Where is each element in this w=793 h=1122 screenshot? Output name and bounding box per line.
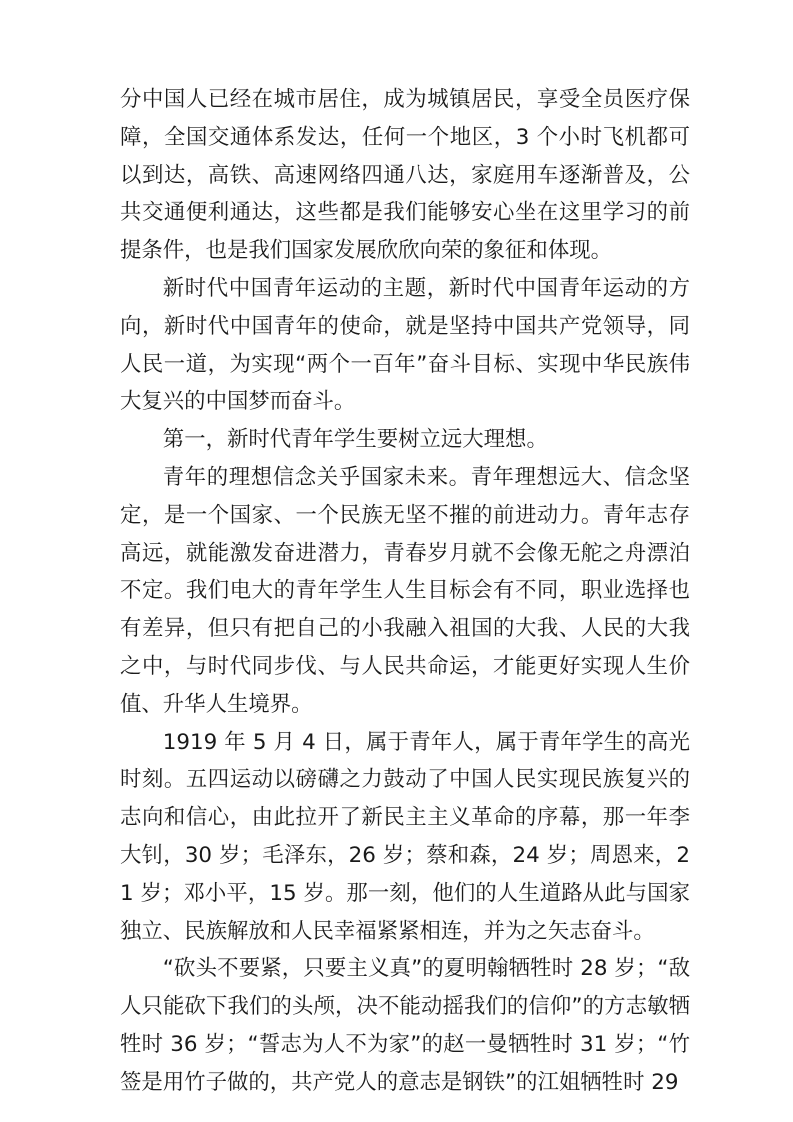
paragraph-urbanization: 分中国人已经在城市居住，成为城镇居民，享受全员医疗保障，全国交通体系发达，任何一… xyxy=(120,81,690,270)
paragraph-youth-movement-theme: 新时代中国青年运动的主题，新时代中国青年运动的方向，新时代中国青年的使命，就是坚… xyxy=(120,270,690,421)
paragraph-ideals-and-beliefs: 青年的理想信念关乎国家未来。青年理想远大、信念坚定，是一个国家、一个民族无坚不摧… xyxy=(120,459,690,724)
paragraph-martyrs: “砍头不要紧，只要主义真”的夏明翰牺牲时 28 岁；“敌人只能砍下我们的头颅，决… xyxy=(120,950,690,1101)
document-page: 分中国人已经在城市居住，成为城镇居民，享受全员医疗保障，全国交通体系发达，任何一… xyxy=(120,81,690,1102)
paragraph-may-fourth: 1919 年 5 月 4 日，属于青年人，属于青年学生的高光时刻。五四运动以磅礴… xyxy=(120,724,690,951)
section-heading-first-point: 第一，新时代青年学生要树立远大理想。 xyxy=(120,421,690,459)
